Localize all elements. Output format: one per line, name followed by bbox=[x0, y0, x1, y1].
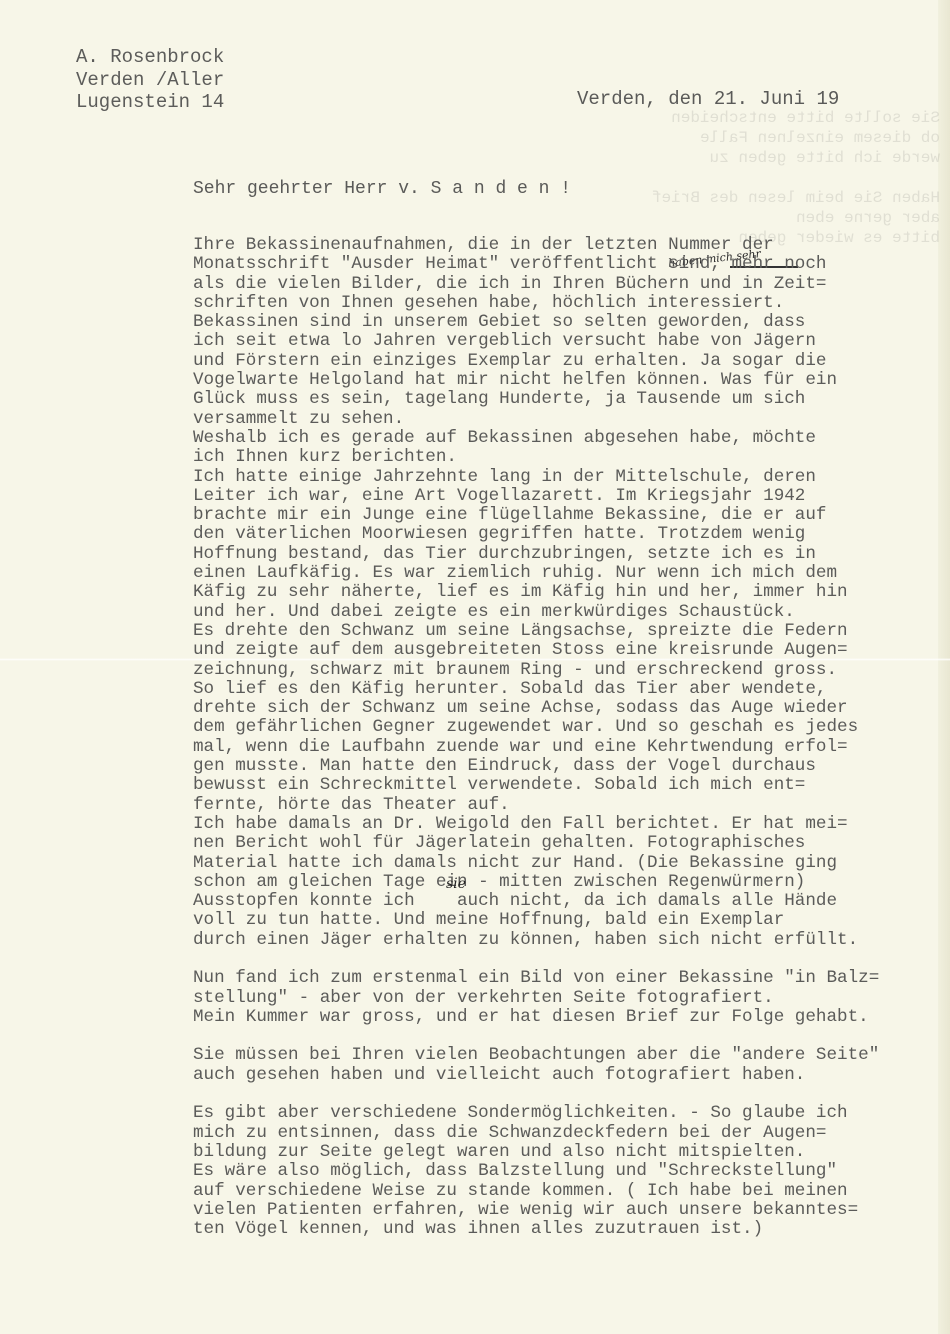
body-line: fernte, hörte das Theater auf. bbox=[193, 796, 933, 815]
body-line: Es drehte den Schwanz um seine Längsachs… bbox=[193, 622, 933, 641]
body-line: ich seit etwa lo Jahren vergeblich versu… bbox=[193, 332, 933, 351]
paper-fold bbox=[0, 658, 950, 661]
letter-body: Ihre Bekassinenaufnahmen, die in der let… bbox=[193, 236, 933, 1239]
body-line: auf verschiedene Weise zu stande kommen.… bbox=[193, 1182, 933, 1201]
paragraph-gap bbox=[193, 1085, 933, 1104]
body-line: Es wäre also möglich, dass Balzstellung … bbox=[193, 1162, 933, 1181]
body-line: Glück muss es sein, tagelang Hunderte, j… bbox=[193, 390, 933, 409]
body-line: bewusst ein Schreckmittel verwendete. So… bbox=[193, 776, 933, 795]
body-line: versammelt zu sehen. bbox=[193, 410, 933, 429]
body-line: ich Ihnen kurz berichten. bbox=[193, 448, 933, 467]
body-line: einen Laufkäfig. Es war ziemlich ruhig. … bbox=[193, 564, 933, 583]
body-line: brachte mir ein Junge eine flügellahme B… bbox=[193, 506, 933, 525]
body-line: dem gefährlichen Gegner zugewendet war. … bbox=[193, 718, 933, 737]
body-line: zeichnung, schwarz mit braunem Ring - un… bbox=[193, 661, 933, 680]
body-line: Ihre Bekassinenaufnahmen, die in der let… bbox=[193, 236, 933, 255]
paragraph-gap bbox=[193, 950, 933, 969]
letter-page: Sie sollte bitte entscheiden ob diesem e… bbox=[0, 0, 950, 1334]
body-line: auch gesehen haben und vielleicht auch f… bbox=[193, 1066, 933, 1085]
body-line: Monatsschrift "Ausder Heimat" veröffentl… bbox=[193, 255, 933, 274]
body-line: schon am gleichen Tage ein - mitten zwis… bbox=[193, 873, 933, 892]
sender-name: A. Rosenbrock bbox=[76, 46, 224, 69]
body-line: Käfig zu sehr näherte, lief es im Käfig … bbox=[193, 583, 933, 602]
body-line: als die vielen Bilder, die ich in Ihren … bbox=[193, 275, 933, 294]
sender-street: Lugenstein 14 bbox=[76, 91, 224, 114]
body-line: Ich hatte einige Jahrzehnte lang in der … bbox=[193, 468, 933, 487]
body-line: den väterlichen Moorwiesen gegriffen hat… bbox=[193, 525, 933, 544]
body-line: Es gibt aber verschiedene Sondermöglichk… bbox=[193, 1104, 933, 1123]
body-line: ten Vögel kennen, und was ihnen alles zu… bbox=[193, 1220, 933, 1239]
date-line: Verden, den 21. Juni 19 bbox=[577, 88, 839, 110]
body-line: stellung" - aber von der verkehrten Seit… bbox=[193, 989, 933, 1008]
body-line: mal, wenn die Laufbahn zuende war und ei… bbox=[193, 738, 933, 757]
body-line: voll zu tun hatte. Und meine Hoffnung, b… bbox=[193, 911, 933, 930]
body-line: und Förstern ein einziges Exemplar zu er… bbox=[193, 352, 933, 371]
body-line: mich zu entsinnen, dass die Schwanzdeckf… bbox=[193, 1124, 933, 1143]
body-line: Mein Kummer war gross, und er hat diesen… bbox=[193, 1008, 933, 1027]
body-line: Weshalb ich es gerade auf Bekassinen abg… bbox=[193, 429, 933, 448]
body-line: Leiter ich war, eine Art Vogellazarett. … bbox=[193, 487, 933, 506]
body-line: So lief es den Käfig herunter. Sobald da… bbox=[193, 680, 933, 699]
body-line: Vogelwarte Helgoland hat mir nicht helfe… bbox=[193, 371, 933, 390]
sender-address: A. RosenbrockVerden /AllerLugenstein 14 bbox=[76, 46, 224, 114]
body-line: Material hatte ich damals nicht zur Hand… bbox=[193, 854, 933, 873]
body-line: Hoffnung bestand, das Tier durchzubringe… bbox=[193, 545, 933, 564]
handwritten-sie: sie bbox=[446, 876, 466, 892]
paragraph-gap bbox=[193, 1027, 933, 1046]
sender-city: Verden /Aller bbox=[76, 69, 224, 92]
body-line: Sie müssen bei Ihren vielen Beobachtunge… bbox=[193, 1046, 933, 1065]
salutation: Sehr geehrter Herr v. S a n d e n ! bbox=[193, 178, 571, 200]
body-line: bildung zur Seite gelegt waren und also … bbox=[193, 1143, 933, 1162]
body-line: schriften von Ihnen gesehen habe, höchli… bbox=[193, 294, 933, 313]
body-line: Ausstopfen konnte ich auch nicht, da ich… bbox=[193, 892, 933, 911]
body-line: durch einen Jäger erhalten zu können, ha… bbox=[193, 931, 933, 950]
body-line: gen musste. Man hatte den Eindruck, dass… bbox=[193, 757, 933, 776]
body-line: drehte sich der Schwanz um seine Achse, … bbox=[193, 699, 933, 718]
body-line: Bekassinen sind in unserem Gebiet so sel… bbox=[193, 313, 933, 332]
body-line: nen Bericht wohl für Jägerlatein gehalte… bbox=[193, 834, 933, 853]
body-line: vielen Patienten erfahren, wie wenig wir… bbox=[193, 1201, 933, 1220]
body-line: Ich habe damals an Dr. Weigold den Fall … bbox=[193, 815, 933, 834]
body-line: Nun fand ich zum erstenmal ein Bild von … bbox=[193, 969, 933, 988]
body-line: und her. Und dabei zeigte es ein merkwür… bbox=[193, 603, 933, 622]
